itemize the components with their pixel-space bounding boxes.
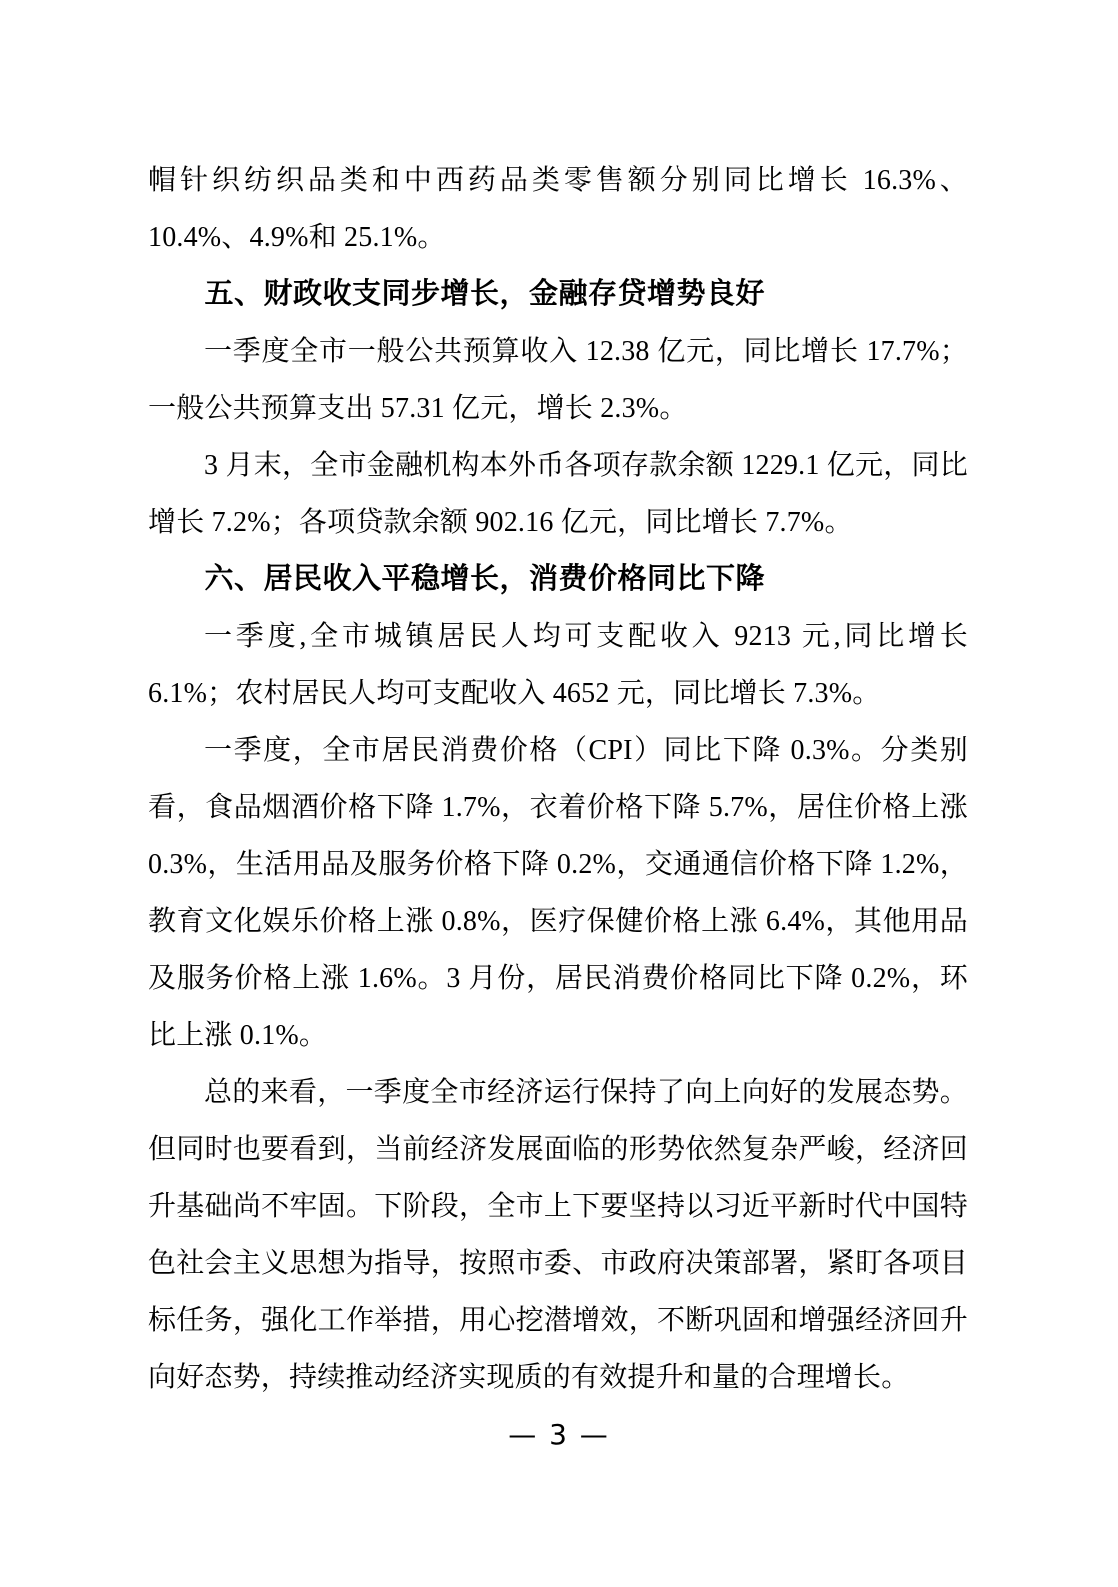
document-page: 帽针织纺织品类和中西药品类零售额分别同比增长 16.3%、10.4%、4.9%和… [0, 0, 1118, 1587]
paragraph-cpi-breakdown: 一季度，全市居民消费价格（CPI）同比下降 0.3%。分类别看，食品烟酒价格下降… [148, 722, 968, 1064]
paragraph-bank-deposits-loans: 3 月末，全市金融机构本外币各项存款余额 1229.1 亿元，同比增长 7.2%… [148, 437, 968, 551]
section-heading-fiscal-finance: 五、财政收支同步增长，金融存贷增势良好 [148, 266, 968, 323]
document-body: 帽针织纺织品类和中西药品类零售额分别同比增长 16.3%、10.4%、4.9%和… [148, 152, 968, 1406]
paragraph-resident-income: 一季度,全市城镇居民人均可支配收入 9213 元,同比增长 6.1%；农村居民人… [148, 608, 968, 722]
paragraph-public-budget: 一季度全市一般公共预算收入 12.38 亿元，同比增长 17.7%；一般公共预算… [148, 323, 968, 437]
paragraph-retail-growth-continuation: 帽针织纺织品类和中西药品类零售额分别同比增长 16.3%、10.4%、4.9%和… [148, 152, 968, 266]
page-number: — 3 — [0, 1415, 1118, 1455]
paragraph-overall-summary: 总的来看，一季度全市经济运行保持了向上向好的发展态势。但同时也要看到，当前经济发… [148, 1064, 968, 1406]
section-heading-income-cpi: 六、居民收入平稳增长，消费价格同比下降 [148, 551, 968, 608]
